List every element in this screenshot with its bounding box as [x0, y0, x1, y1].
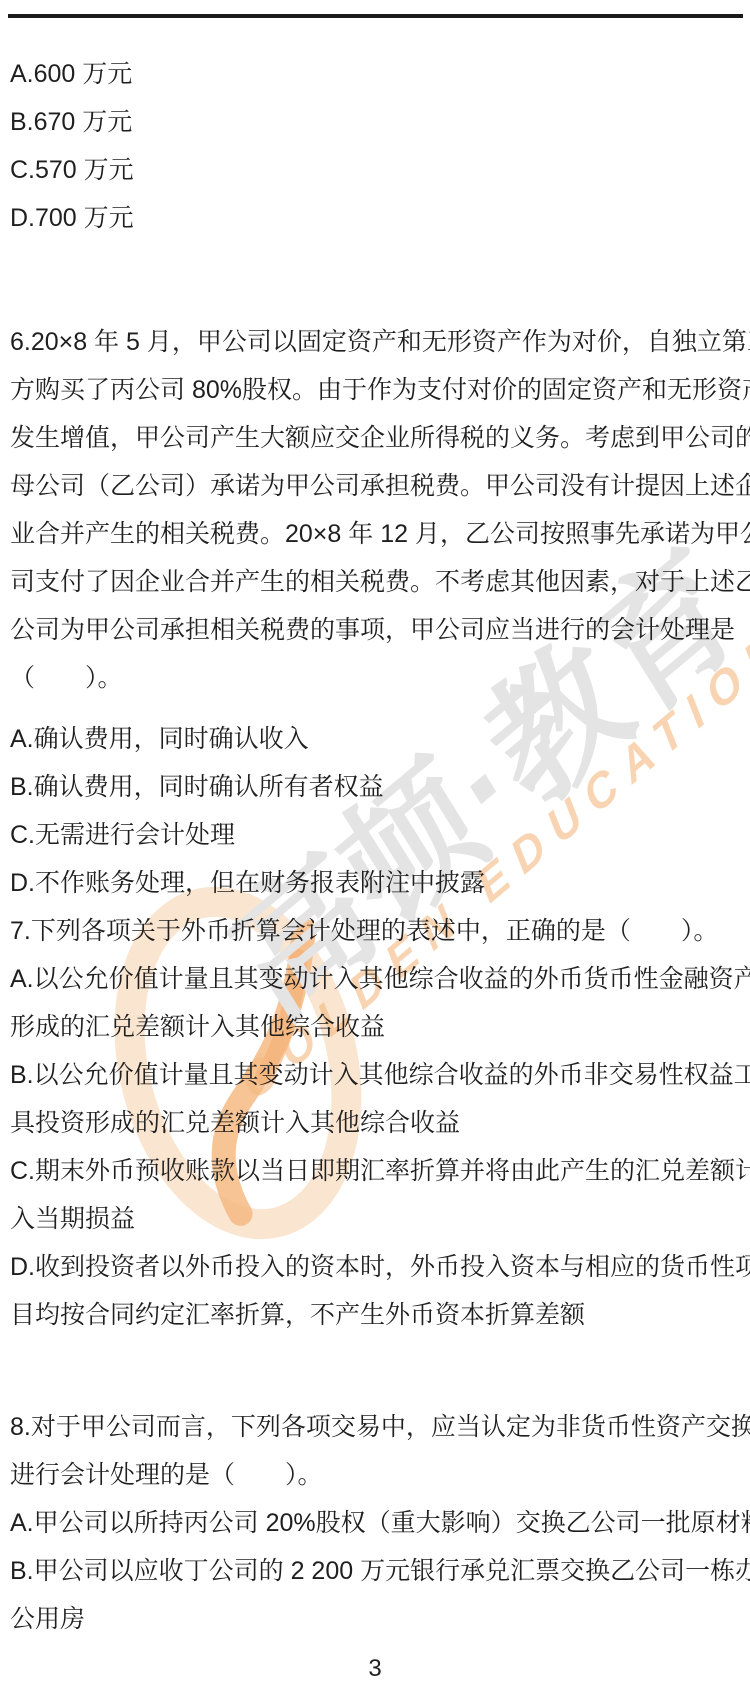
question6-line: 发生增值，甲公司产生大额应交企业所得税的义务。考虑到甲公司的 — [10, 414, 744, 462]
option-line-b: B.甲公司以应收丁公司的 2 200 万元银行承兑汇票交换乙公司一栋办 — [10, 1547, 744, 1595]
question6-line: 母公司（乙公司）承诺为甲公司承担税费。甲公司没有计提因上述企 — [10, 462, 744, 510]
option-line-b: 具投资形成的汇兑差额计入其他综合收益 — [10, 1099, 744, 1147]
option-line-a: A.甲公司以所持丙公司 20%股权（重大影响）交换乙公司一批原材料 — [10, 1499, 744, 1547]
option-line-c: C.期末外币预收账款以当日即期汇率折算并将由此产生的汇兑差额计 — [10, 1147, 744, 1195]
option-line-a: A.600 万元 — [10, 50, 744, 98]
question8-line: 进行会计处理的是（ ）。 — [10, 1451, 744, 1499]
option-line-a: A.以公允价值计量且其变动计入其他综合收益的外币货币性金融资产 — [10, 955, 744, 1003]
question7-line: 7.下列各项关于外币折算会计处理的表述中，正确的是（ ）。 — [10, 907, 744, 955]
option-line-a: 形成的汇兑差额计入其他综合收益 — [10, 1003, 744, 1051]
question6-line: 方购买了丙公司 80%股权。由于作为支付对价的固定资产和无形资产 — [10, 366, 744, 414]
option-line-a: A.确认费用，同时确认收入 — [10, 715, 744, 763]
option-line-c: C.570 万元 — [10, 146, 744, 194]
option-line-d: D.收到投资者以外币投入的资本时，外币投入资本与相应的货币性项 — [10, 1243, 744, 1291]
question6-line: 业合并产生的相关税费。20×8 年 12 月，乙公司按照事先承诺为甲公 — [10, 510, 744, 558]
option-line-b: B.670 万元 — [10, 98, 744, 146]
question6-line: 6.20×8 年 5 月，甲公司以固定资产和无形资产作为对价，自独立第三 — [10, 318, 744, 366]
option-line-d: D.不作账务处理，但在财务报表附注中披露 — [10, 859, 744, 907]
option-line-d: D.700 万元 — [10, 194, 744, 242]
option-line-d: 目均按合同约定汇率折算，不产生外币资本折算差额 — [10, 1291, 744, 1339]
option-line-c: C.无需进行会计处理 — [10, 811, 744, 859]
header-rule — [8, 14, 743, 18]
option-line-c: 入当期损益 — [10, 1195, 744, 1243]
blank-gap — [10, 702, 744, 715]
question6-line: （ ）。 — [10, 654, 744, 702]
option-line-b: B.确认费用，同时确认所有者权益 — [10, 763, 744, 811]
blank-gap — [10, 1339, 744, 1403]
option-line-b: 公用房 — [10, 1595, 744, 1643]
exam-document-page: 高顿·教育 GOLDEN EDUCATION A.600 万元 B.670 万元… — [0, 0, 750, 1704]
question6-line: 司支付了因企业合并产生的相关税费。不考虑其他因素，对于上述乙 — [10, 558, 744, 606]
page-number: 3 — [0, 1655, 750, 1683]
question6-line: 公司为甲公司承担相关税费的事项，甲公司应当进行的会计处理是 — [10, 606, 744, 654]
option-line-b: B.以公允价值计量且其变动计入其他综合收益的外币非交易性权益工 — [10, 1051, 744, 1099]
page-content: A.600 万元 B.670 万元 C.570 万元 D.700 万元 6.20… — [10, 50, 744, 1643]
question8-line: 8.对于甲公司而言，下列各项交易中，应当认定为非货币性资产交换 — [10, 1403, 744, 1451]
blank-gap — [10, 242, 744, 318]
